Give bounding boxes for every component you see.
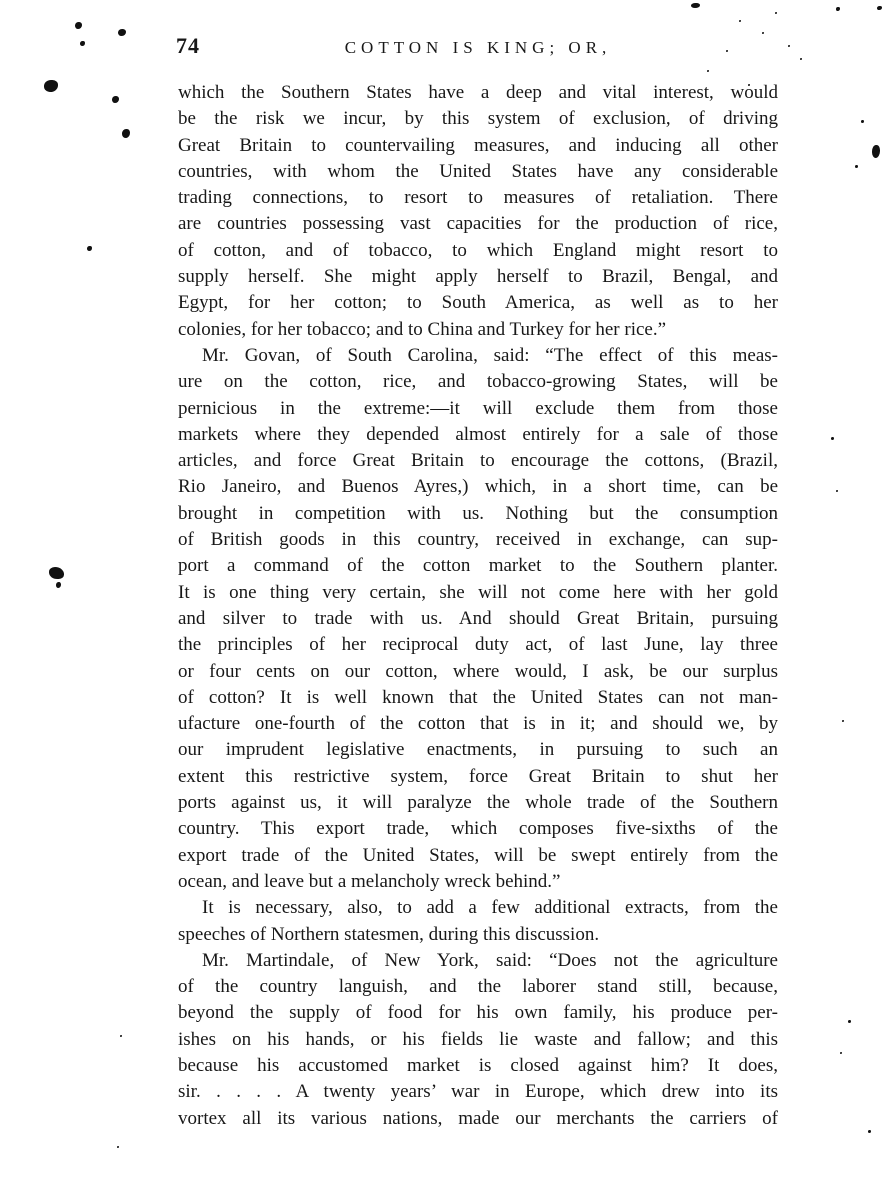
ink-speck (762, 32, 764, 34)
text-line: sir. . . . . A twenty years’ war in Euro… (178, 1079, 778, 1105)
ink-speck (868, 1130, 871, 1133)
ink-speck (848, 1020, 851, 1023)
text-line: ports against us, it will paralyze the w… (178, 790, 778, 816)
text-line: supply herself. She might apply herself … (178, 264, 778, 290)
text-line: be the risk we incur, by this system of … (178, 106, 778, 132)
text-line: and silver to trade with us. And should … (178, 606, 778, 632)
text-line: ufacture one-fourth of the cotton that i… (178, 711, 778, 737)
text-line: Mr. Govan, of South Carolina, said: “The… (178, 343, 778, 369)
text-line: speeches of Northern statesmen, during t… (178, 922, 778, 948)
text-line: of the country languish, and the laborer… (178, 974, 778, 1000)
text-line: ure on the cotton, rice, and tobacco-gro… (178, 369, 778, 395)
ink-speck (836, 490, 838, 492)
text-line: articles, and force Great Britain to enc… (178, 448, 778, 474)
ink-speck (122, 129, 130, 138)
ink-speck (831, 437, 834, 440)
ink-speck (739, 20, 741, 22)
text-line: vortex all its various nations, made our… (178, 1106, 778, 1132)
text-line: are countries possessing vast capacities… (178, 211, 778, 237)
ink-speck (836, 7, 840, 11)
text-line: Mr. Martindale, of New York, said: “Does… (178, 948, 778, 974)
text-line: Egypt, for her cotton; to South America,… (178, 290, 778, 316)
text-line: country. This export trade, which compos… (178, 816, 778, 842)
ink-speck (691, 3, 700, 8)
text-line: the principles of her reciprocal duty ac… (178, 632, 778, 658)
ink-speck (872, 145, 880, 158)
ink-speck (87, 246, 92, 251)
text-line: which the Southern States have a deep an… (178, 80, 778, 106)
ink-speck (775, 12, 777, 14)
text-line: port a command of the cotton market to t… (178, 553, 778, 579)
text-line: because his accustomed market is closed … (178, 1053, 778, 1079)
text-line: export trade of the United States, will … (178, 843, 778, 869)
text-line: beyond the supply of food for his own fa… (178, 1000, 778, 1026)
text-line: It is necessary, also, to add a few addi… (178, 895, 778, 921)
ink-speck (56, 582, 61, 588)
running-header: COTTON IS KING; OR, (178, 38, 778, 58)
text-line: or four cents on our cotton, where would… (178, 659, 778, 685)
text-line: It is one thing very certain, she will n… (178, 580, 778, 606)
ink-speck (842, 720, 844, 722)
ink-speck (877, 6, 882, 10)
ink-speck (44, 80, 58, 92)
text-line: Great Britain to countervailing measures… (178, 133, 778, 159)
text-line: of cotton? It is well known that the Uni… (178, 685, 778, 711)
text-line: Rio Janeiro, and Buenos Ayres,) which, i… (178, 474, 778, 500)
text-line: extent this restrictive system, force Gr… (178, 764, 778, 790)
ink-speck (120, 1035, 122, 1037)
book-page: 74 COTTON IS KING; OR, which the Souther… (0, 0, 894, 1200)
text-line: of cotton, and of tobacco, to which Engl… (178, 238, 778, 264)
ink-speck (117, 1146, 119, 1148)
page-text: which the Southern States have a deep an… (178, 80, 778, 1132)
text-line: ishes on his hands, or his fields lie wa… (178, 1027, 778, 1053)
text-line: brought in competition with us. Nothing … (178, 501, 778, 527)
ink-speck (861, 120, 864, 123)
ink-speck (118, 29, 126, 36)
ink-speck (112, 96, 119, 103)
ink-speck (855, 165, 858, 168)
ink-speck (800, 58, 802, 60)
text-line: ocean, and leave but a melancholy wreck … (178, 869, 778, 895)
ink-speck (80, 41, 85, 46)
text-line: colonies, for her tobacco; and to China … (178, 317, 778, 343)
ink-speck (707, 70, 709, 72)
ink-speck (788, 45, 790, 47)
text-line: trading connections, to resort to measur… (178, 185, 778, 211)
text-line: of British goods in this country, receiv… (178, 527, 778, 553)
ink-speck (840, 1052, 842, 1054)
ink-speck (75, 22, 82, 29)
text-line: markets where they depended almost entir… (178, 422, 778, 448)
text-line: countries, with whom the United States h… (178, 159, 778, 185)
ink-speck (49, 567, 64, 579)
text-line: pernicious in the extreme:—it will exclu… (178, 396, 778, 422)
text-line: our imprudent legislative enactments, in… (178, 737, 778, 763)
